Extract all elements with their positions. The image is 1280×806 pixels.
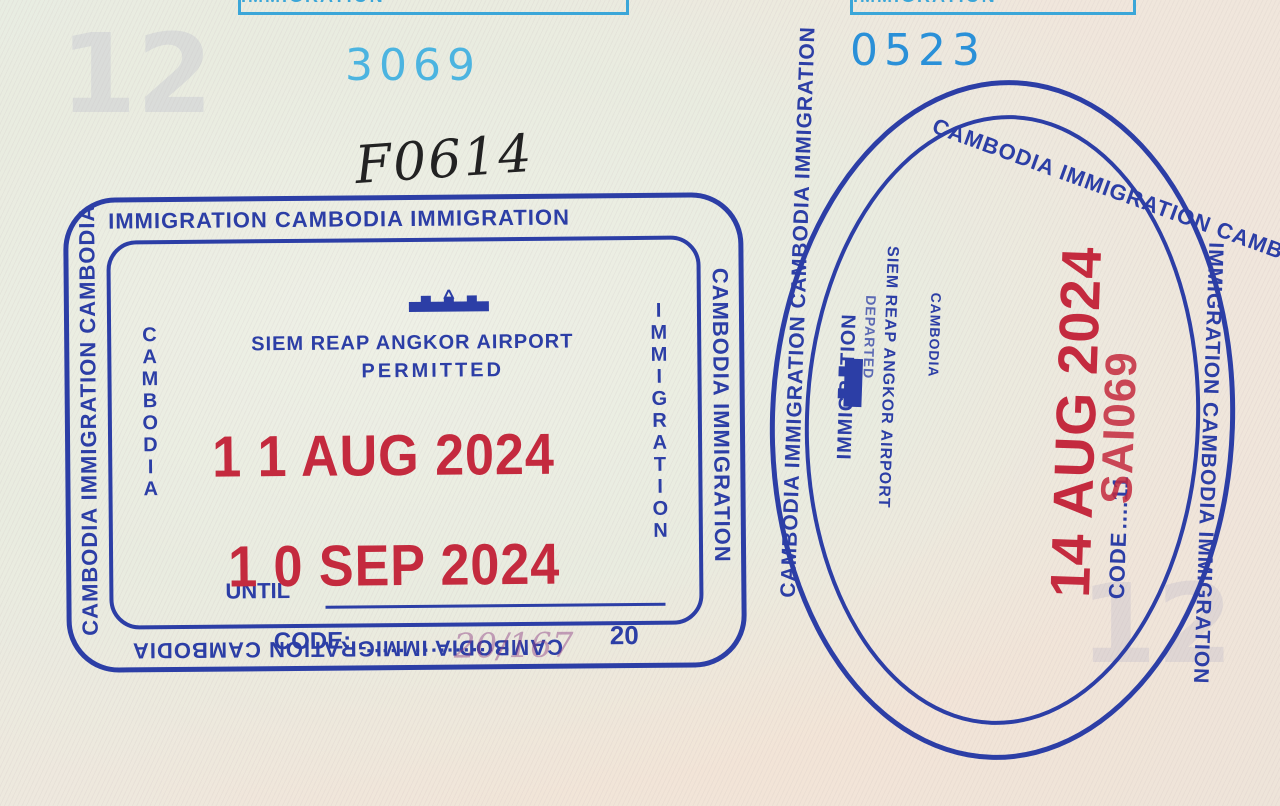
arrival-border-top: IMMIGRATION CAMBODIA IMMIGRATION [108,205,570,235]
arrival-code-value: 20 [610,620,639,651]
angkor-wat-icon [401,289,497,316]
arrival-vertical-immigration: IMMIGRATION [650,300,669,542]
departure-code-label: CODE [1104,531,1132,599]
handwritten-note: F0614 [353,124,535,196]
arrival-border-right: CAMBODIA IMMIGRATION [706,200,736,630]
serial-number-right: 0523 [850,25,986,76]
arrival-inner-frame: CAMBODIA IMMIGRATION SIEM REAP ANGKOR AI… [106,235,703,629]
top-stamp-label: IMMIGRATION [853,0,997,6]
arrival-status: PERMITTED [361,359,504,383]
arrival-stamp: IMMIGRATION CAMBODIA IMMIGRATION CAMBODI… [63,192,747,673]
arrival-airport: SIEM REAP ANGKOR AIRPORT [251,331,573,357]
departure-inner-bottom: CAMBODIA [925,292,944,378]
top-stamp-fragment-left: IMMIGRATION [238,0,629,15]
until-date: 1 0 SEP 2024 [228,531,561,601]
departure-code-value: SAI069 [1092,351,1147,505]
angkor-wat-icon [835,354,871,411]
serial-number-left: 3069 [345,40,481,91]
background-watermark: 12 [60,10,213,138]
arrival-border-left: CAMBODIA IMMIGRATION CAMBODIA [74,206,104,636]
top-stamp-label: IMMIGRATION [241,0,385,6]
arrival-code-handwritten: 20/167 [454,626,574,667]
arrival-code-label: CODE: [274,627,352,656]
entry-date: 1 1 AUG 2024 [212,421,555,491]
until-underline [326,603,666,609]
top-stamp-fragment-right: IMMIGRATION [850,0,1136,15]
arrival-vertical-cambodia: CAMBODIA [141,324,159,500]
